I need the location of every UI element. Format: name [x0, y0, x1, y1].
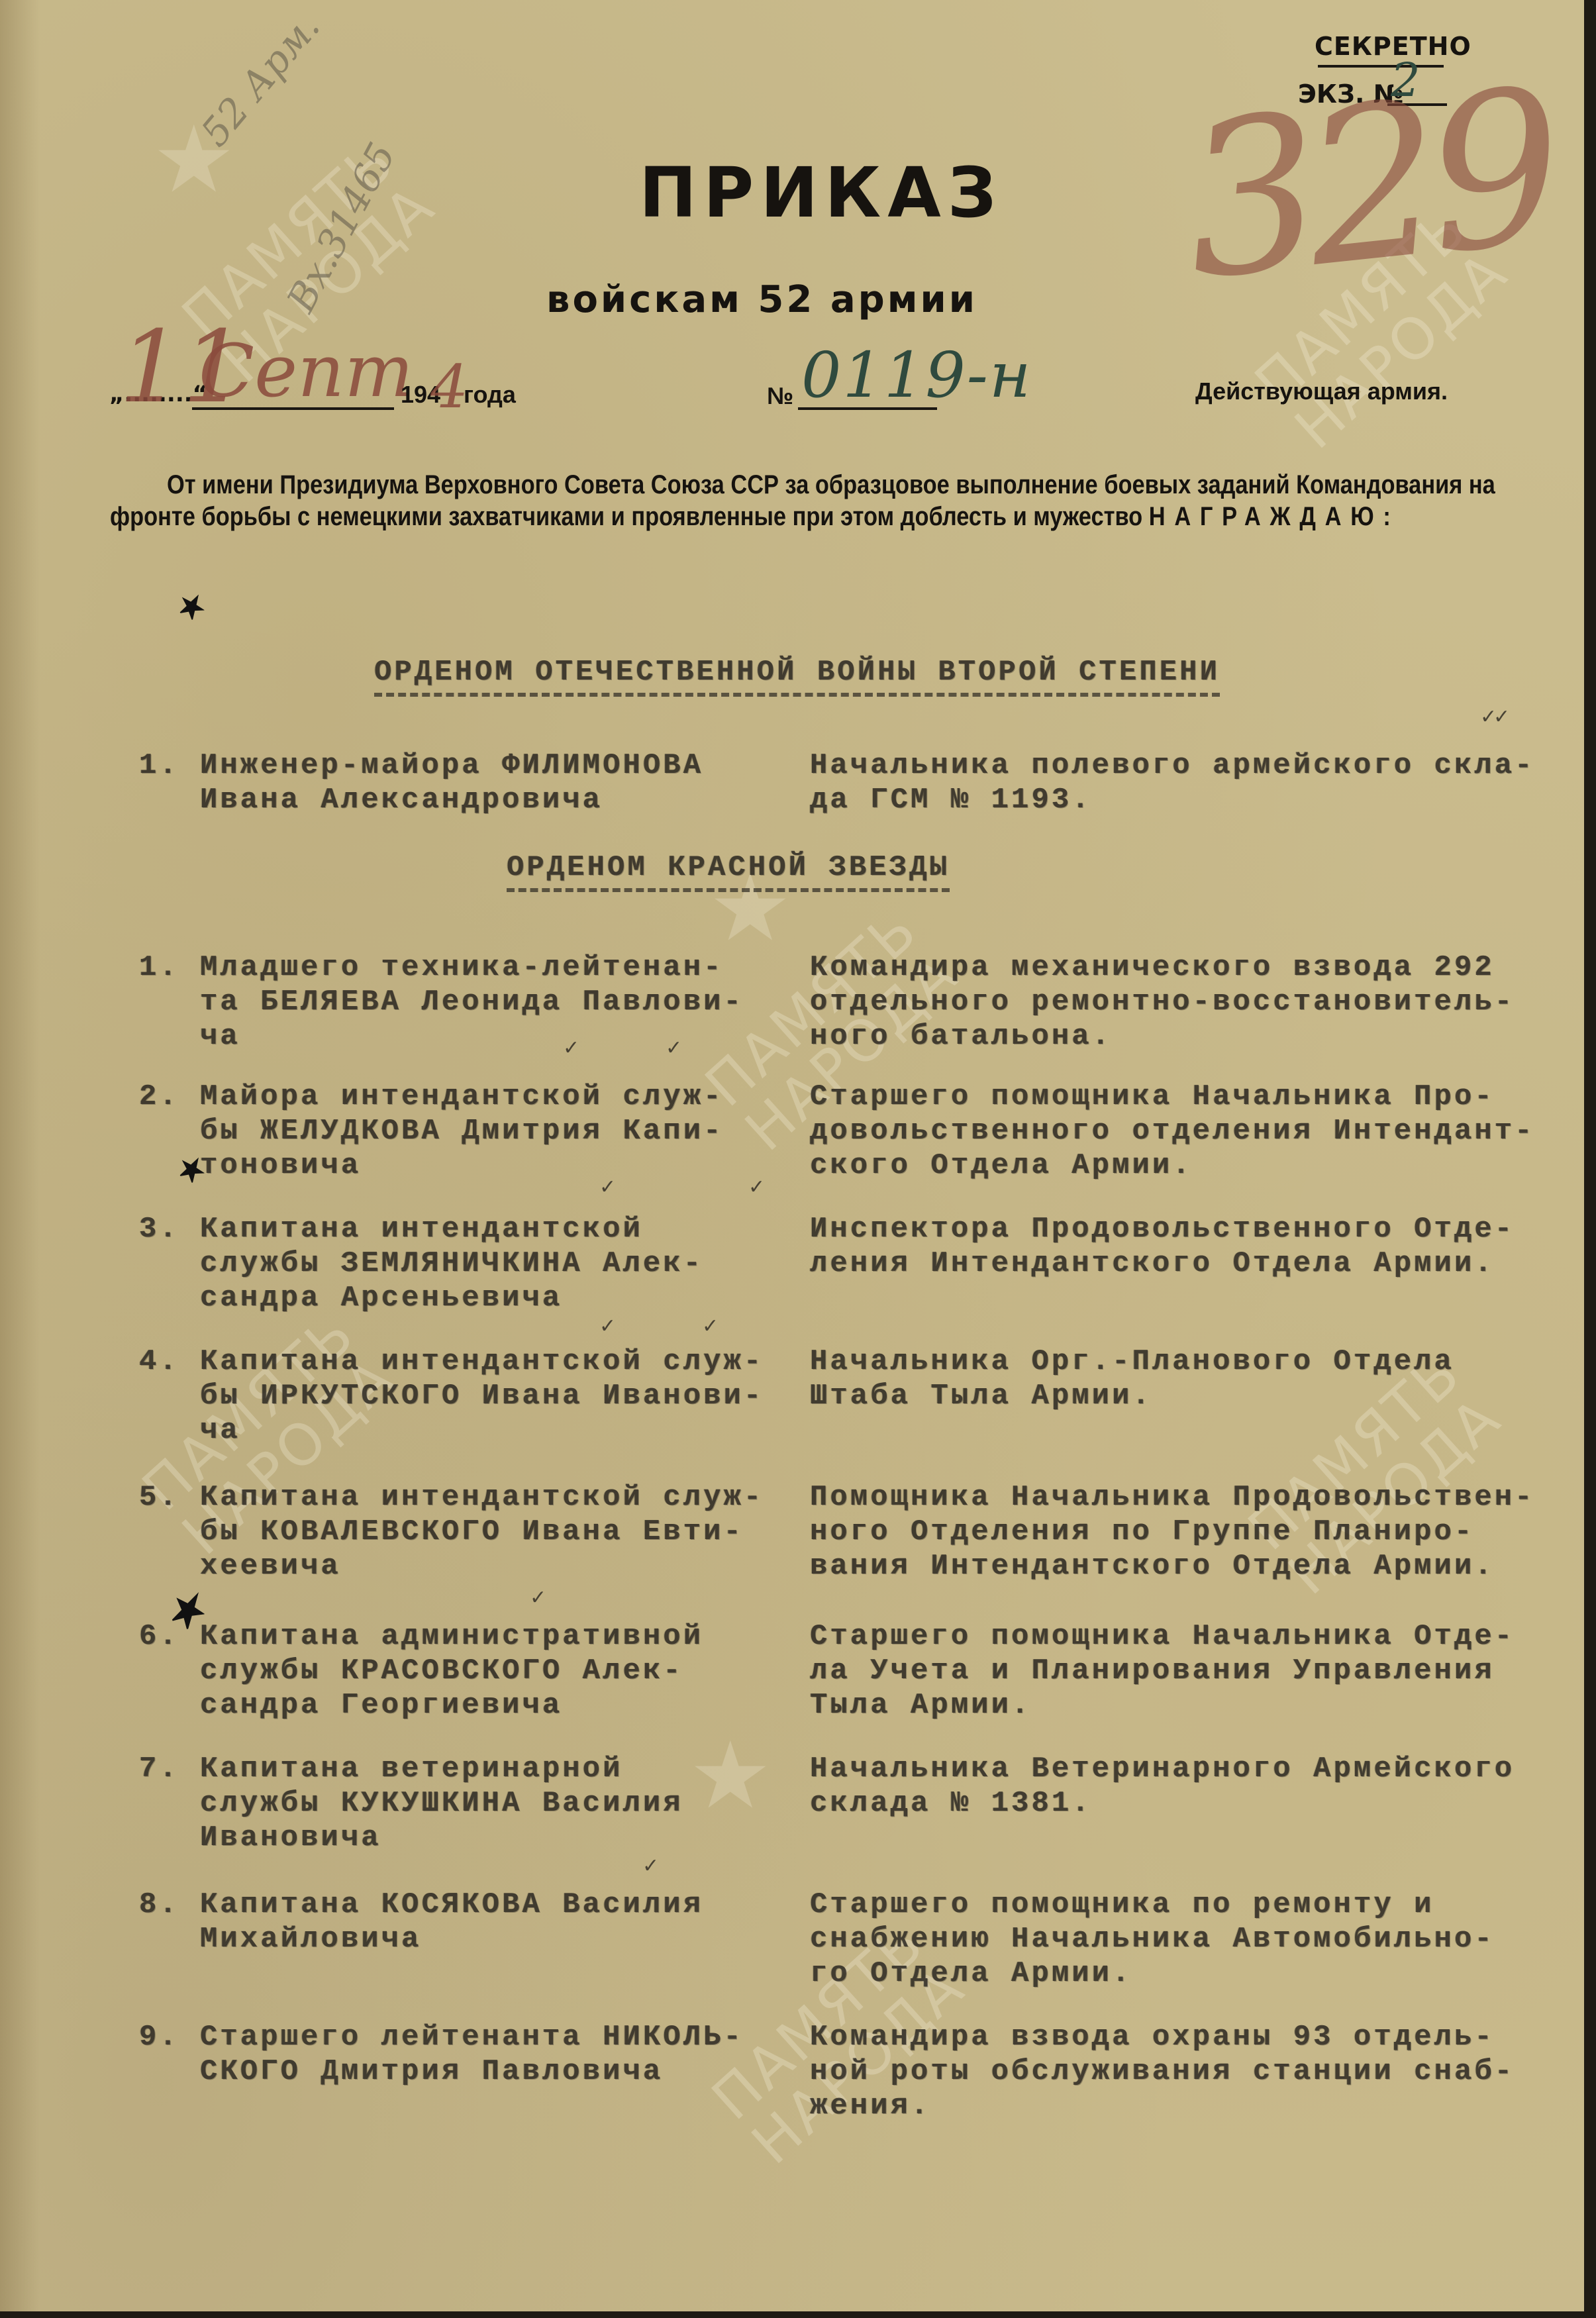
section-heading-text: ОРДЕНОМ ОТЕЧЕСТВЕННОЙ ВОЙНЫ ВТОРОЙ СТЕПЕ…	[374, 656, 1220, 689]
awardee-rank-name: Старшего лейтенанта НИКОЛЬ- СКОГО Дмитри…	[200, 2020, 809, 2089]
order-number-handwritten: 0119-н	[801, 344, 1032, 407]
date-year-suffix: года	[464, 381, 516, 409]
award-verb: НАГРАЖДАЮ:	[1149, 502, 1400, 531]
awardee-position: Инспектора Продовольственного Отде- лени…	[810, 1212, 1565, 1281]
check-mark-icon: ✓	[599, 1176, 616, 1199]
awardee-number: 8.	[139, 1888, 199, 1922]
awardee-number: 7.	[139, 1752, 199, 1786]
awardee-rank-name: Капитана КОСЯКОВА Василия Михайловича	[200, 1888, 809, 1956]
document-title: ПРИКАЗ	[639, 152, 1003, 233]
awardee-number: 1.	[139, 950, 199, 985]
awardee-rank-name: Капитана интендантской служ- бы КОВАЛЕВС…	[200, 1480, 809, 1584]
awardee-rank-name: Капитана интендантской служ- бы ИРКУТСКО…	[200, 1344, 809, 1448]
check-mark-icon: ✓	[642, 1854, 659, 1878]
awardee-number: 3.	[139, 1212, 199, 1246]
awardee-position: Начальника Ветеринарного Армейского скла…	[810, 1752, 1565, 1821]
awardee-number: 2.	[139, 1080, 199, 1114]
section-heading-text: ОРДЕНОМ КРАСНОЙ ЗВЕЗДЫ	[507, 851, 950, 884]
awardee-number: 6.	[139, 1619, 199, 1654]
registration-number-handwritten: 329	[1175, 61, 1560, 310]
awardee-rank-name: Младшего техника-лейтенан- та БЕЛЯЕВА Ле…	[200, 950, 809, 1054]
order-number-label: №	[767, 382, 793, 410]
awardee-number: 1.	[139, 748, 199, 783]
awardee-number: 4.	[139, 1344, 199, 1379]
awardee-number: 9.	[139, 2020, 199, 2054]
awardee-rank-name: Капитана интендантской службы ЗЕМЛЯНИЧКИ…	[200, 1212, 809, 1315]
awardee-position: Командира взвода охраны 93 отдель- ной р…	[810, 2020, 1565, 2123]
awardee-number: 5.	[139, 1480, 199, 1515]
section-heading-order-patriotic-war-2nd: ОРДЕНОМ ОТЕЧЕСТВЕННОЙ ВОЙНЫ ВТОРОЙ СТЕПЕ…	[374, 656, 1220, 697]
check-mark-icon: ✓	[666, 1036, 682, 1060]
awardee-rank-name: Капитана административной службы КРАСОВС…	[200, 1619, 809, 1723]
check-mark-icon: ✓	[1493, 705, 1510, 729]
date-year-digit-handwritten: 4	[430, 358, 468, 417]
date-month-handwritten: Септ	[199, 334, 413, 407]
section-heading-underline	[507, 888, 950, 892]
awardee-rank-name: Майора интендантской служ- бы ЖЕЛУДКОВА …	[200, 1080, 809, 1183]
document-subtitle: войскам 52 армии	[546, 278, 977, 321]
preamble: От имени Президиума Верховного Совета Со…	[110, 469, 1511, 532]
awardee-rank-name: Инженер-майора ФИЛИМОНОВА Ивана Александ…	[200, 748, 809, 817]
section-heading-order-red-star: ОРДЕНОМ КРАСНОЙ ЗВЕЗДЫ	[507, 851, 950, 892]
awardee-position: Старшего помощника Начальника Отде- ла У…	[810, 1619, 1565, 1723]
awardee-position: Начальника Орг.-Планового Отдела Штаба Т…	[810, 1344, 1565, 1413]
check-mark-icon: ✓	[530, 1586, 546, 1609]
section-heading-underline	[374, 693, 1220, 697]
check-mark-icon: ✓	[702, 1315, 719, 1338]
awardee-position: Старшего помощника по ремонту и снабжени…	[810, 1888, 1565, 1991]
check-mark-icon: ✓	[599, 1315, 616, 1338]
paper-edge-shadow	[0, 0, 40, 2311]
awardee-rank-name: Капитана ветеринарной службы КУКУШКИНА В…	[200, 1752, 809, 1855]
ink-blot	[174, 588, 211, 625]
awardee-position: Старшего помощника Начальника Про- довол…	[810, 1080, 1565, 1183]
awardee-position: Начальника полевого армейского скла- да …	[810, 748, 1565, 817]
awardee-position: Помощника Начальника Продовольствен- ног…	[810, 1480, 1565, 1584]
check-mark-icon: ✓	[748, 1176, 765, 1199]
awardee-position: Командира механического взвода 292 отдел…	[810, 950, 1565, 1054]
location-label: Действующая армия.	[1195, 378, 1448, 405]
document-page: ПАМЯТЬ НАРОДА ПАМЯТЬ НАРОДА ПАМЯТЬ НАРОД…	[0, 0, 1584, 2311]
check-mark-icon: ✓	[563, 1036, 579, 1060]
archive-note: 52 Арм.	[192, 4, 328, 154]
